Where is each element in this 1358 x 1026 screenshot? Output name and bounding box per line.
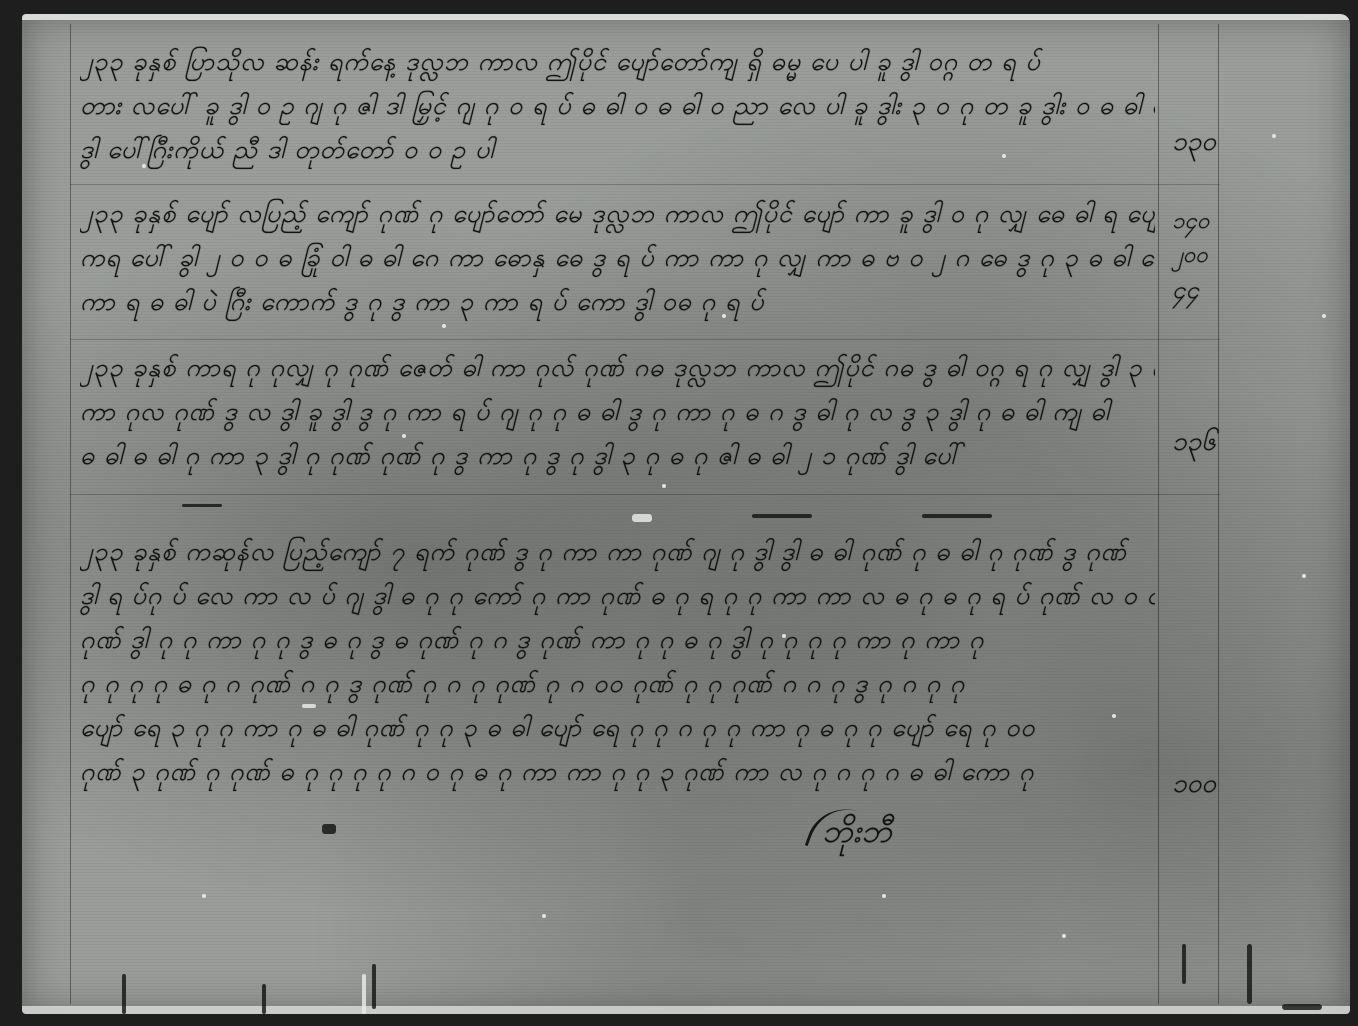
entry-line: တား လပေါ် ခူ ဒွါ ဝ ဥ ဂျ ဂု ဇါ ဒါ မြှင့် … xyxy=(80,84,1155,128)
entry-line: ကာ ဂုလ ဂုဏ် ဒွ လ ဒွါ ခူ ဒွါ ဒွ ဂု ကာ ရ ပ… xyxy=(80,390,1155,434)
entry-divider xyxy=(70,184,1220,185)
entry-line: ပျော် ရေ ၃ ဂု ဂု ကာ ဂု ဓ ဓါ ဂုဏ် ဂု ဂု ၃… xyxy=(80,706,1155,750)
margin-number: ၁၃၀ xyxy=(1172,124,1216,163)
left-margin-rule xyxy=(70,24,71,1004)
paper-speck xyxy=(402,434,406,438)
margin-number: ၁၀၀ xyxy=(1172,766,1216,805)
entry-line: ၂၃၃ ခုနှစ် ကဆုန်လ ပြည့်ကျော် ၇ ရက် ဂုဏ် … xyxy=(80,530,1155,574)
paper-speck xyxy=(882,894,886,898)
paper-damage xyxy=(922,514,992,518)
paper-speck xyxy=(1062,934,1066,938)
paper-damage xyxy=(1182,944,1186,984)
paper-speck xyxy=(722,314,726,318)
photo-frame: ၂၃၃ ခုနှစ် ပြာသိုလ ဆန်း ရက်နေ့ ဒုလ္လဘ ကာ… xyxy=(0,0,1358,1026)
right-margin-rule-inner xyxy=(1158,24,1159,1004)
paper-damage xyxy=(752,514,812,518)
entry-line: ၂၃၃ ခုနှစ် ပျော် လပြည့် ကျော် ဂုဏ် ဂု ပျ… xyxy=(80,192,1155,236)
paper-damage xyxy=(1247,944,1252,1004)
paper-speck xyxy=(1272,134,1276,138)
margin-number: ၁၃၆ xyxy=(1172,424,1216,463)
paper-speck xyxy=(202,894,206,898)
entry-line: ဒွါ ရ ပ်ဂု ပ် လေ ကာ လ ပ် ဂျ ဒွါ ဓ ဂု ဂု … xyxy=(80,574,1155,618)
paper-damage xyxy=(302,704,316,708)
paper-damage xyxy=(262,984,266,1014)
paper-top-edge xyxy=(22,14,1350,20)
right-margin-rule-outer xyxy=(1218,24,1219,1004)
paper-speck xyxy=(1002,154,1006,158)
paper-damage xyxy=(122,974,126,1014)
entry-line: ဂု ဂု ဂု ဂု ဓ ဂု ဂ ဂုဏ် ဂ ဂု ဒွ ဂုဏ် ဂု … xyxy=(80,662,1155,706)
paper-damage xyxy=(372,964,376,1009)
manuscript-page: ၂၃၃ ခုနှစ် ပြာသိုလ ဆန်း ရက်နေ့ ဒုလ္လဘ ကာ… xyxy=(22,14,1350,1014)
entry-line: ဂုဏ် ဒွါ ဂု ဂု ကာ ဂု ဂု ဒွ ဓ ဂု ဒွ ဓ ဂုဏ… xyxy=(80,618,1155,662)
margin-number: ၂၀၀ xyxy=(1172,240,1208,273)
entry-line: ကာ ရ ဓ ဓါ ပဲ ဂြီး ကောက် ဒွ ဂု ဒွ ကာ ၃ ကာ… xyxy=(80,280,1155,324)
paper-speck xyxy=(1322,314,1326,318)
paper-speck xyxy=(1112,714,1116,718)
paper-damage xyxy=(362,974,366,1014)
paper-damage xyxy=(1282,1004,1322,1010)
margin-number: ၁၄၀ xyxy=(1172,206,1209,239)
entry-line: ၂၃၃ ခုနှစ် ပြာသိုလ ဆန်း ရက်နေ့ ဒုလ္လဘ ကာ… xyxy=(80,40,1155,84)
entry-line: ၂၃၃ ခုနှစ် ကာရ ဂု ဂုလျှ ဂု ဂုဏ် ဇေတ် ဓါ … xyxy=(80,346,1155,390)
paper-speck xyxy=(442,324,446,328)
paper-speck xyxy=(782,634,786,638)
entry-line: ဂုဏ် ၃ ဂုဏ် ဂု ဂုဏ် ဓ ဂု ဂု ဂု ဂု ဂ ဝ ဂု… xyxy=(80,750,1155,794)
manuscript-entry-3: ၂၃၃ ခုနှစ် ကာရ ဂု ဂုလျှ ဂု ဂုဏ် ဇေတ် ဓါ … xyxy=(80,346,1155,478)
entry-line: ဒွါ ပေါ်ဂြီးကိုယ် ညီ ဒါ တုတ်တော် ဝ ဝ ဥ ပ… xyxy=(80,128,1155,172)
margin-number: ၄၄ xyxy=(1172,274,1199,310)
signature: ဘိုးဘီ xyxy=(822,810,892,858)
entry-line: ဓ ဓါ ဓ ဓါ ဂု ကာ ၃ ဒွါ ဂု ဂုဏ် ဂုဏ် ဂု ဒွ… xyxy=(80,434,1155,478)
paper-damage xyxy=(632,514,652,522)
paper-speck xyxy=(542,914,546,918)
paper-damage xyxy=(322,824,336,834)
paper-speck xyxy=(662,484,666,488)
manuscript-entry-1: ၂၃၃ ခုနှစ် ပြာသိုလ ဆန်း ရက်နေ့ ဒုလ္လဘ ကာ… xyxy=(80,40,1155,172)
paper-speck xyxy=(1302,574,1306,578)
paper-damage xyxy=(182,504,222,507)
manuscript-entry-2: ၂၃၃ ခုနှစ် ပျော် လပြည့် ကျော် ဂုဏ် ဂု ပျ… xyxy=(80,192,1155,324)
manuscript-entry-4: ၂၃၃ ခုနှစ် ကဆုန်လ ပြည့်ကျော် ၇ ရက် ဂုဏ် … xyxy=(80,530,1155,794)
paper-speck xyxy=(142,164,146,168)
entry-divider xyxy=(70,339,1220,340)
entry-line: ကရ ပေါ် ခွါ ၂ ဝ ဝ ဓ ခြုံ ဝါ ဓ ဓါ ဂေ ကာ ဓ… xyxy=(80,236,1155,280)
entry-divider xyxy=(70,494,1220,495)
paper-bottom-edge xyxy=(22,1006,1350,1014)
